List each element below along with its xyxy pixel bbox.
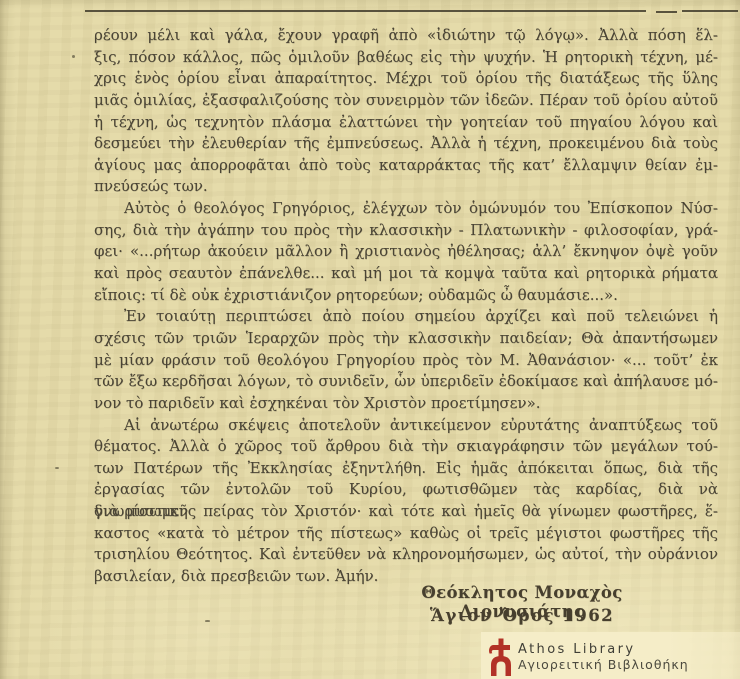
text-line: καστος «κατὰ τὸ μέτρον τῆς πίστεως» καθὼ… xyxy=(94,523,718,545)
scanned-book-page: ρέουν μέλι καὶ γάλα, ἔχουν γραφῆ ἀπὸ «ἰδ… xyxy=(0,0,740,679)
text-line: μιᾶς ὁμιλίας, ἐξασφαλιζούσης τὸν συνειρμ… xyxy=(94,90,718,112)
text-line: νον τὸ παριδεῖν καὶ ἐσχηκέναι τὸν Χριστὸ… xyxy=(94,393,718,415)
text-line: θέματος. Ἀλλὰ ὁ χῶρος τοῦ ἄρθρου διὰ τὴν… xyxy=(94,436,718,458)
text-line: φει· «...ρήτωρ ἀκούειν μᾶλλον ἢ χριστιαν… xyxy=(94,241,718,263)
scan-speck xyxy=(205,620,210,622)
text-line: ρέουν μέλι καὶ γάλα, ἔχουν γραφῆ ἀπὸ «ἰδ… xyxy=(94,25,718,47)
text-line: Αὐτὸς ὁ θεολόγος Γρηγόριος, ἐλέγχων τὸν … xyxy=(94,198,718,220)
text-line: εἴποις: τί δὲ οὐκ ἐχριστιάνιζον ρητορεύω… xyxy=(94,285,718,307)
library-stamp: Athos Library Αγιορειτική Βιβλιοθήκη xyxy=(481,632,740,679)
text-line: τρισηλίου Θεότητος. Καὶ ἐντεῦθεν νὰ κληρ… xyxy=(94,544,718,566)
stamp-text: Athos Library Αγιορειτική Βιβλιοθήκη xyxy=(518,642,689,672)
paragraph: Ἐν τοιαύτῃ περιπτώσει ἀπὸ ποίου σημείου … xyxy=(94,306,718,414)
text-line: ἐργασίας τῶν ἐντολῶν τοῦ Κυρίου, φωτισθῶ… xyxy=(94,479,718,501)
scan-speck xyxy=(72,55,75,58)
stamp-subtitle: Αγιορειτική Βιβλιοθήκη xyxy=(518,657,689,672)
text-line: ἁγίους μας ἀπορροφᾶται ἀπὸ τοὺς καταρράκ… xyxy=(94,155,718,177)
text-line: δεσμεύει τὴν ἐλευθερίαν τῆς ἐμπνεύσεως. … xyxy=(94,133,718,155)
stamp-title: Athos Library xyxy=(518,642,689,657)
text-line: σης, διὰ τὴν ἀγάπην του πρὸς τὴν κλασσικ… xyxy=(94,220,718,242)
text-line: πνεύσεώς των. xyxy=(94,176,718,198)
paragraph: ρέουν μέλι καὶ γάλα, ἔχουν γραφῆ ἀπὸ «ἰδ… xyxy=(94,25,718,198)
text-line: καὶ πρὸς σεαυτὸν ἐπάνελθε... καὶ μή μοι … xyxy=(94,263,718,285)
text-line: Αἱ ἀνωτέρω σκέψεις ἀποτελοῦν ἀντικείμενο… xyxy=(94,415,718,437)
text-line: ἡ τέχνη, ὡς τεχνητὸν πλάσμα ἐλαττώνει τὴ… xyxy=(94,112,718,134)
text-line: διὰ μυστικῆς πείρας τὸν Χριστόν· καὶ τότ… xyxy=(94,501,718,523)
text-line: μὲ μίαν φράσιν τοῦ θεολόγου Γρηγορίου πρ… xyxy=(94,350,718,372)
text-line: χρις ἑνὸς ὁρίου εἶναι ἀπαραίτητος. Μέχρι… xyxy=(94,68,718,90)
paragraph: Αἱ ἀνωτέρω σκέψεις ἀποτελοῦν ἀντικείμενο… xyxy=(94,415,718,588)
athos-cross-arch-icon xyxy=(488,638,514,676)
paragraph: Αὐτὸς ὁ θεολόγος Γρηγόριος, ἐλέγχων τὸν … xyxy=(94,198,718,306)
text-line: ξις, πόσον κάλλος, πῶς ὁμιλοῦν βαθέως εἰ… xyxy=(94,47,718,69)
text-line: τῶν ἔξω κερδῆσαι λόγων, τὸ συνιδεῖν, ὧν … xyxy=(94,371,718,393)
top-rule-segment xyxy=(85,10,646,12)
top-rule-segment xyxy=(656,11,677,13)
text-line: Ἐν τοιαύτῃ περιπτώσει ἀπὸ ποίου σημείου … xyxy=(94,306,718,328)
text-line: των Πατέρων τῆς Ἐκκλησίας ἐξηντλήθη. Εἰς… xyxy=(94,458,718,480)
scan-speck xyxy=(55,467,59,469)
signature-place-date: Ἅγιον Ὄρος 1962 xyxy=(382,606,662,625)
text-line: σχέσις τῶν τριῶν Ἱεραρχῶν πρὸς τὴν κλασσ… xyxy=(94,328,718,350)
top-rule-segment xyxy=(682,10,738,12)
body-text: ρέουν μέλι καὶ γάλα, ἔχουν γραφῆ ἀπὸ «ἰδ… xyxy=(94,25,718,588)
